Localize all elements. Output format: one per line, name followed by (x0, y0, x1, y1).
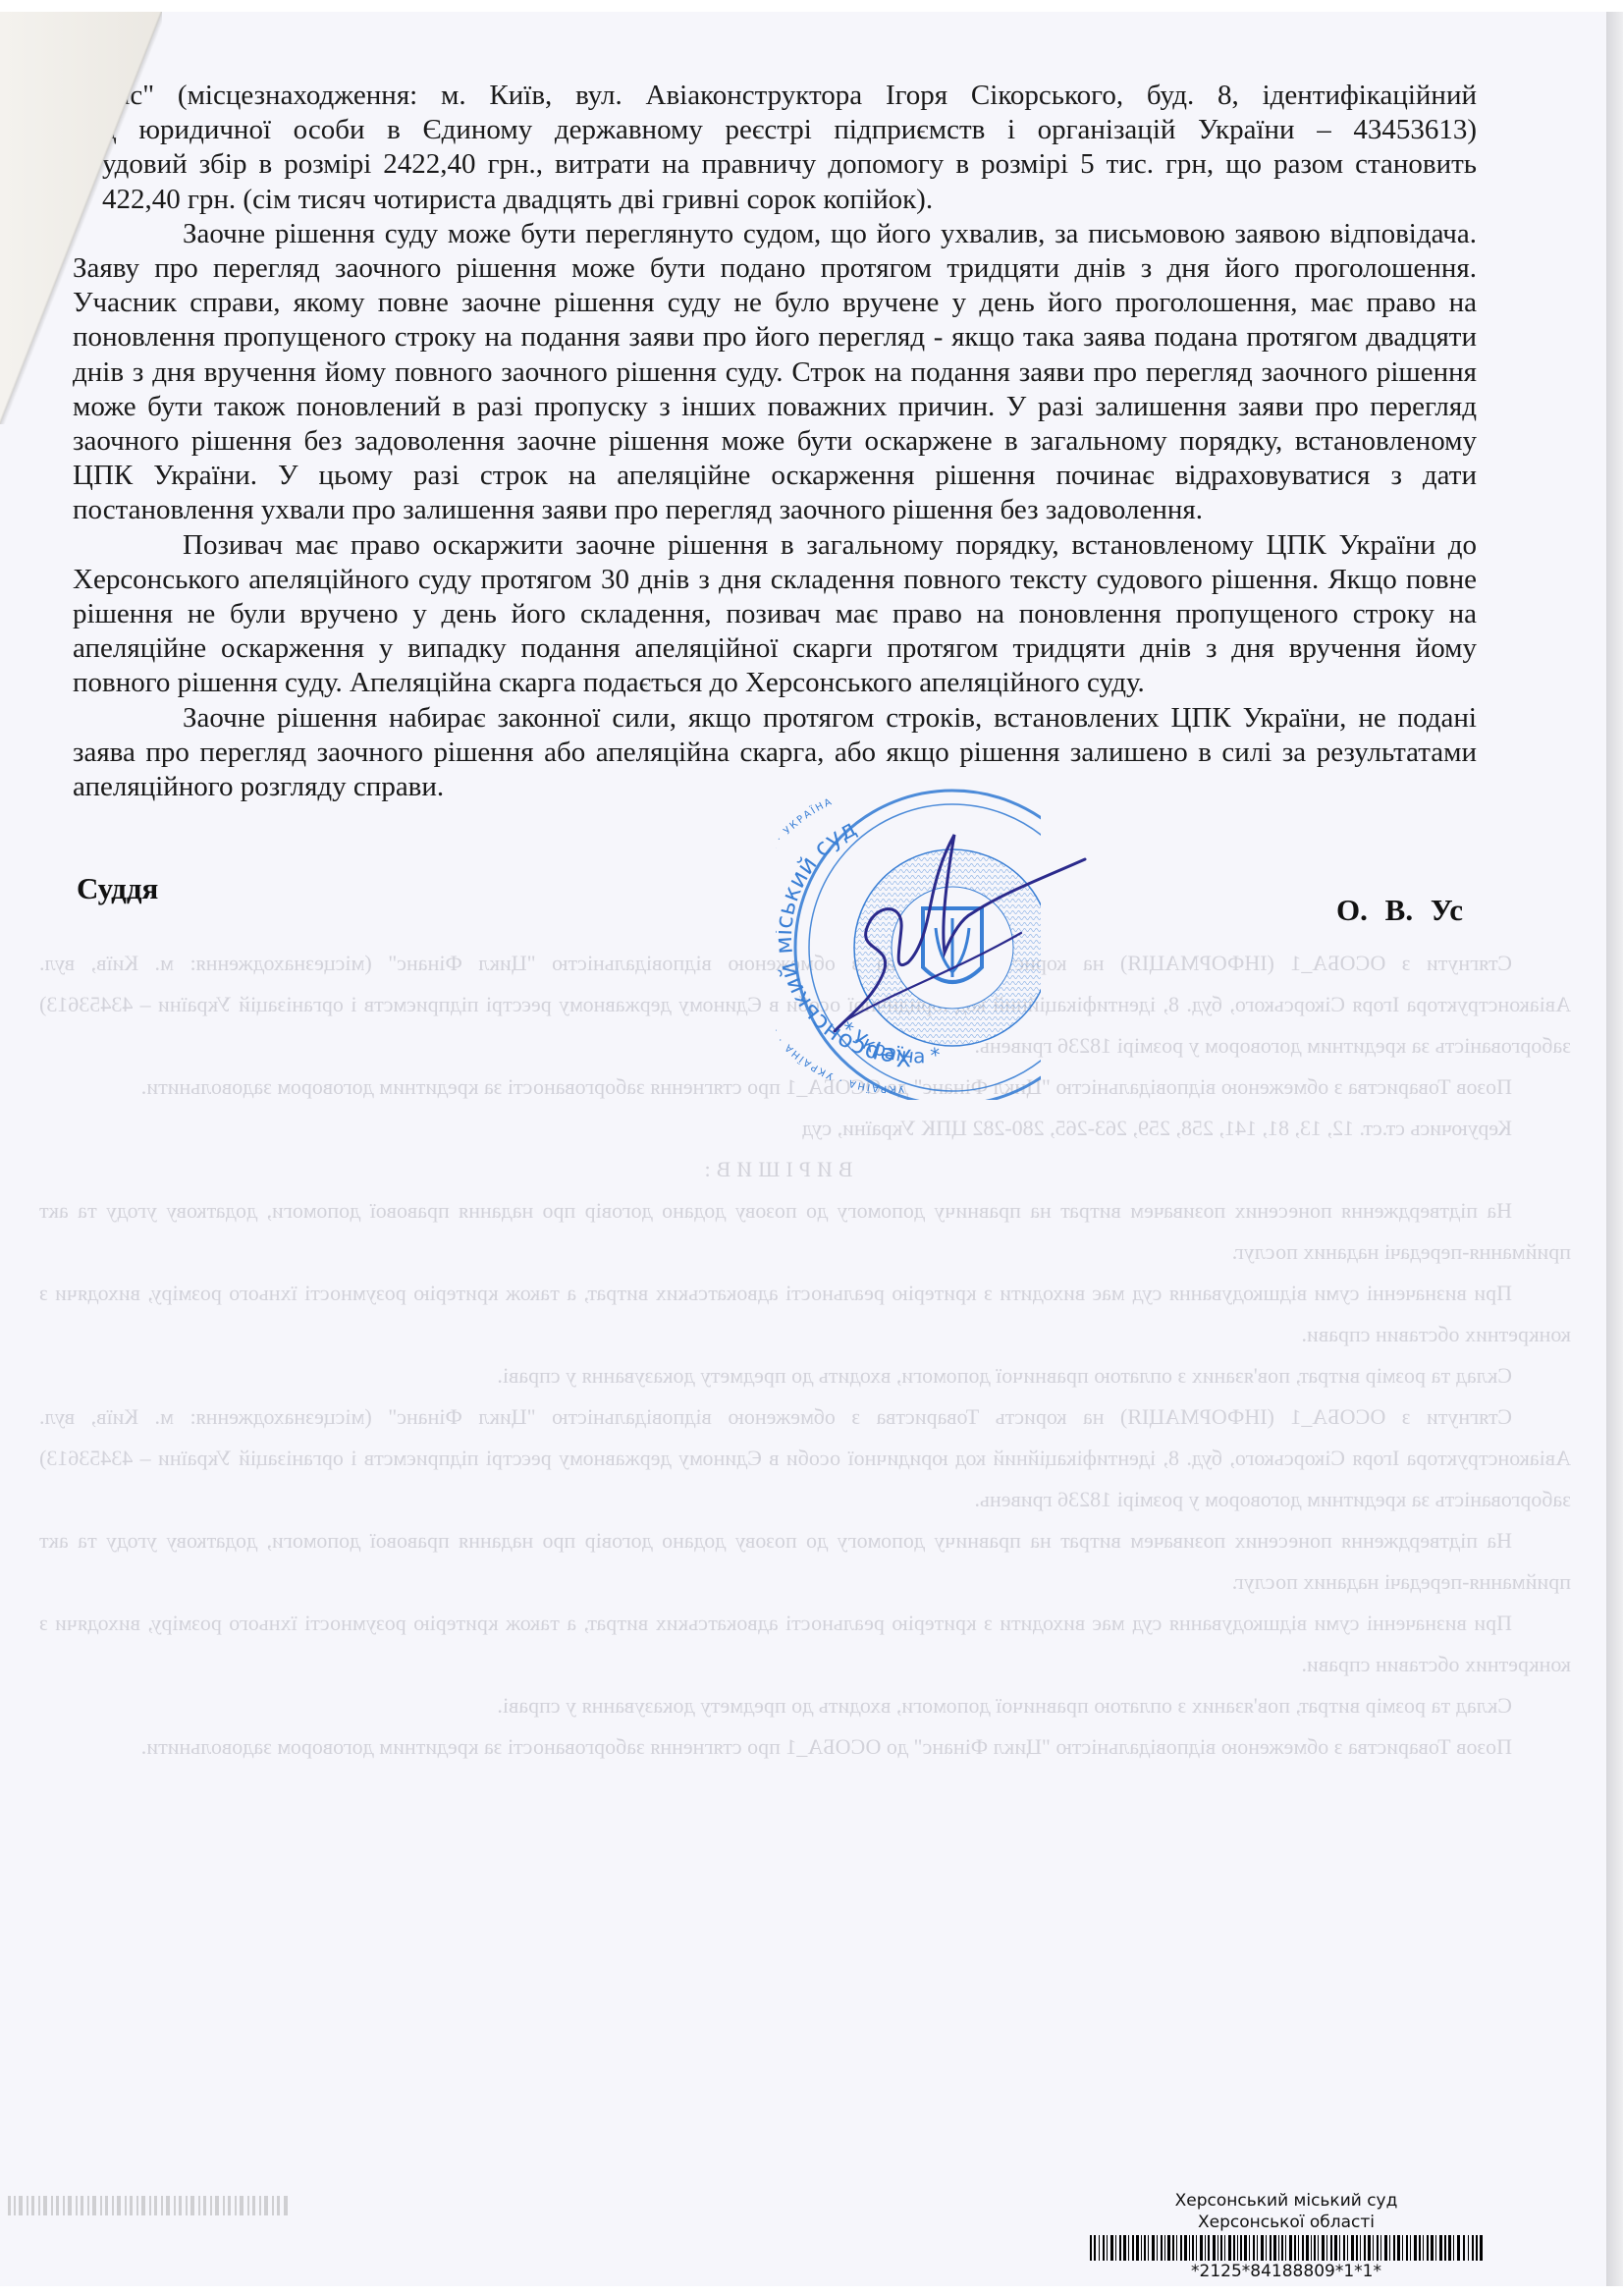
signature-block: Суддя О. В. Ус (77, 871, 1463, 920)
bleed-through-text: Стягнути з ОСОБА_1 (ІНФОРМАЦІЯ) на корис… (39, 943, 1571, 2121)
paragraph-legal-force: Заочне рішення набирає законної сили, як… (73, 701, 1477, 805)
footer-court-name: Херсонський міський суд (1011, 2190, 1561, 2212)
bleed-paragraph: При визначенні суми відшкодування суд ма… (39, 1603, 1571, 1685)
bleed-paragraph: При визначенні суми відшкодування суд ма… (39, 1273, 1571, 1355)
scanner-edge (1606, 12, 1623, 2286)
paragraph-line: д юридичної особи в Єдиному державному р… (102, 113, 1477, 147)
judge-name: О. В. Ус (1336, 893, 1463, 928)
barcode-number: *2125*84188809*1*1* (1011, 2262, 1561, 2281)
bleed-paragraph: На підтвердження понесених позивачем вит… (39, 1520, 1571, 1603)
court-footer: Херсонський міський суд Херсонської обла… (1011, 2190, 1561, 2281)
footer-court-region: Херсонської області (1011, 2212, 1561, 2233)
judge-signature-icon (815, 825, 1090, 1051)
paragraph-line: 422,40 грн. (сім тисяч чотириста двадцят… (102, 183, 1477, 217)
paragraph-line: анс" (місцезнаходження: м. Київ, вул. Ав… (102, 79, 1477, 113)
barcode-icon (1090, 2235, 1483, 2261)
paragraph-review: Заочне рішення суду може бути переглянут… (73, 217, 1477, 528)
bleed-paragraph: ВИРІШИВ: (39, 1149, 1571, 1190)
judge-label: Суддя (77, 871, 158, 906)
document-body: анс" (місцезнаходження: м. Київ, вул. Ав… (73, 79, 1477, 804)
bleed-paragraph: Позов Товариства з обмеженою відповідаль… (39, 1726, 1571, 1768)
bleed-paragraph: Керуючись ст.ст. 12, 13, 81, 141, 258, 2… (39, 1108, 1571, 1149)
bleed-paragraph: На підтвердження понесених позивачем вит… (39, 1190, 1571, 1273)
bleed-paragraph: Склад та розмір витрат, пов'язаних з опл… (39, 1685, 1571, 1726)
paragraph-appeal: Позивач має право оскаржити заочне рішен… (73, 528, 1477, 701)
bleed-paragraph: Стягнути з ОСОБА_1 (ІНФОРМАЦІЯ) на корис… (39, 1396, 1571, 1520)
bleed-barcode-icon (8, 2196, 293, 2215)
bleed-paragraph: Склад та розмір витрат, пов'язаних з опл… (39, 1355, 1571, 1396)
paragraph-line: удовий збір в розмірі 2422,40 грн., витр… (102, 147, 1477, 182)
